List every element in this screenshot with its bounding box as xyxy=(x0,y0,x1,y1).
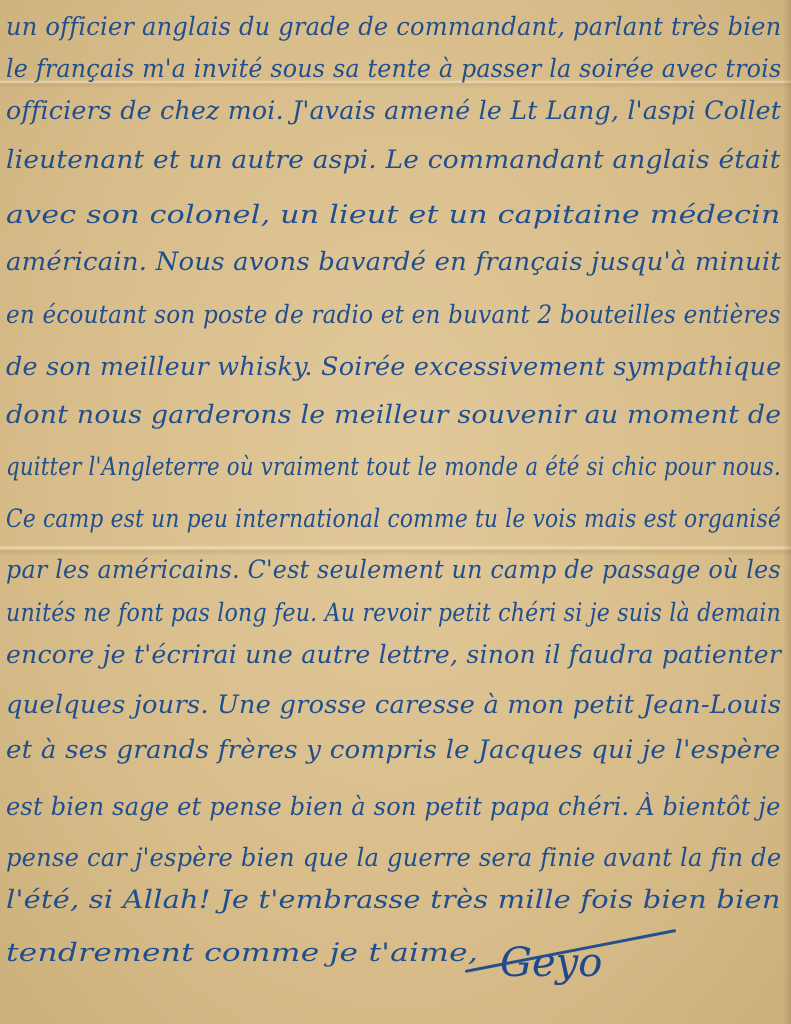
letter-line-1: un officier anglais du grade de commanda… xyxy=(6,12,781,41)
letter-line-2: le français m'a invité sous sa tente à p… xyxy=(6,54,781,83)
letter-line-13: unités ne font pas long feu. Au revoir p… xyxy=(6,598,781,627)
letter-line-18: pense car j'espère bien que la guerre se… xyxy=(6,843,781,872)
letter-line-17: est bien sage et pense bien à son petit … xyxy=(6,792,781,821)
letter-line-3: officiers de chez moi. J'avais amené le … xyxy=(6,96,781,125)
letter-line-16: et à ses grands frères y compris le Jacq… xyxy=(6,735,781,764)
letter-line-7: en écoutant son poste de radio et en buv… xyxy=(6,300,781,329)
letter-line-9: dont nous garderons le meilleur souvenir… xyxy=(6,400,781,429)
letter-line-19: l'été, si Allah! Je t'embrasse très mill… xyxy=(6,885,781,914)
letter-line-8: de son meilleur whisky. Soirée excessive… xyxy=(6,352,781,381)
letter-line-20: tendrement comme je t'aime, xyxy=(6,938,478,967)
letter-line-4: lieutenant et un autre aspi. Le commanda… xyxy=(6,145,781,174)
letter-line-10: quitter l'Angleterre où vraiment tout le… xyxy=(6,452,781,481)
letter-line-6: américain. Nous avons bavardé en françai… xyxy=(6,247,781,276)
letter-line-11: Ce camp est un peu international comme t… xyxy=(6,504,781,533)
letter-line-15: quelques jours. Une grosse caresse à mon… xyxy=(6,690,781,719)
letter-page: un officier anglais du grade de commanda… xyxy=(0,0,791,1024)
paper-edge-shadow xyxy=(783,0,791,1024)
letter-line-14: encore je t'écrirai une autre lettre, si… xyxy=(6,640,781,669)
letter-line-5: avec son colonel, un lieut et un capitai… xyxy=(6,200,781,229)
letter-line-12: par les américains. C'est seulement un c… xyxy=(6,555,781,584)
